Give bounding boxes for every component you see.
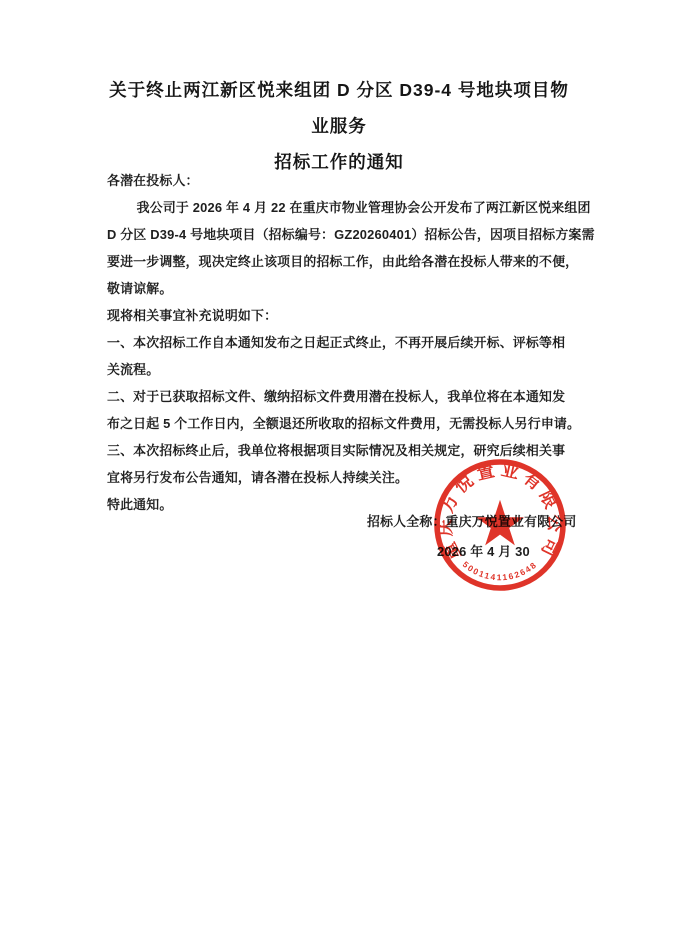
body-line: D 分区 D39-4 号地块项目（招标编号：GZ20260401）招标公告，因项… bbox=[107, 221, 577, 248]
body-line: 要进一步调整，现决定终止该项目的招标工作，由此给各潜在投标人带来的不便， bbox=[107, 248, 577, 275]
body-line: 一、本次招标工作自本通知发布之日起正式终止，不再开展后续开标、评标等相 bbox=[107, 329, 577, 356]
seal-star-icon bbox=[476, 500, 524, 546]
body-line: 关流程。 bbox=[107, 356, 577, 383]
body-line: 二、对于已获取招标文件、缴纳招标文件费用潜在投标人，我单位将在本通知发 bbox=[107, 383, 577, 410]
notice-title: 关于终止两江新区悦来组团 D 分区 D39-4 号地块项目物业服务 招标工作的通… bbox=[104, 72, 574, 180]
body-line: 现将相关事宜补充说明如下： bbox=[107, 302, 577, 329]
body-line: 敬请谅解。 bbox=[107, 275, 577, 302]
salutation: 各潜在投标人： bbox=[107, 167, 577, 194]
body-line: 布之日起 5 个工作日内，全额退还所收取的招标文件费用，无需投标人另行申请。 bbox=[107, 410, 577, 437]
company-seal: 重庆万悦置业有限公司 5001141162648 bbox=[430, 455, 570, 595]
body-line: 我公司于 2026 年 4 月 22 在重庆市物业管理协会公开发布了两江新区悦来… bbox=[107, 194, 577, 221]
notice-document-page: 关于终止两江新区悦来组团 D 分区 D39-4 号地块项目物业服务 招标工作的通… bbox=[0, 0, 700, 935]
notice-title-line-1: 关于终止两江新区悦来组团 D 分区 D39-4 号地块项目物业服务 bbox=[104, 72, 574, 144]
